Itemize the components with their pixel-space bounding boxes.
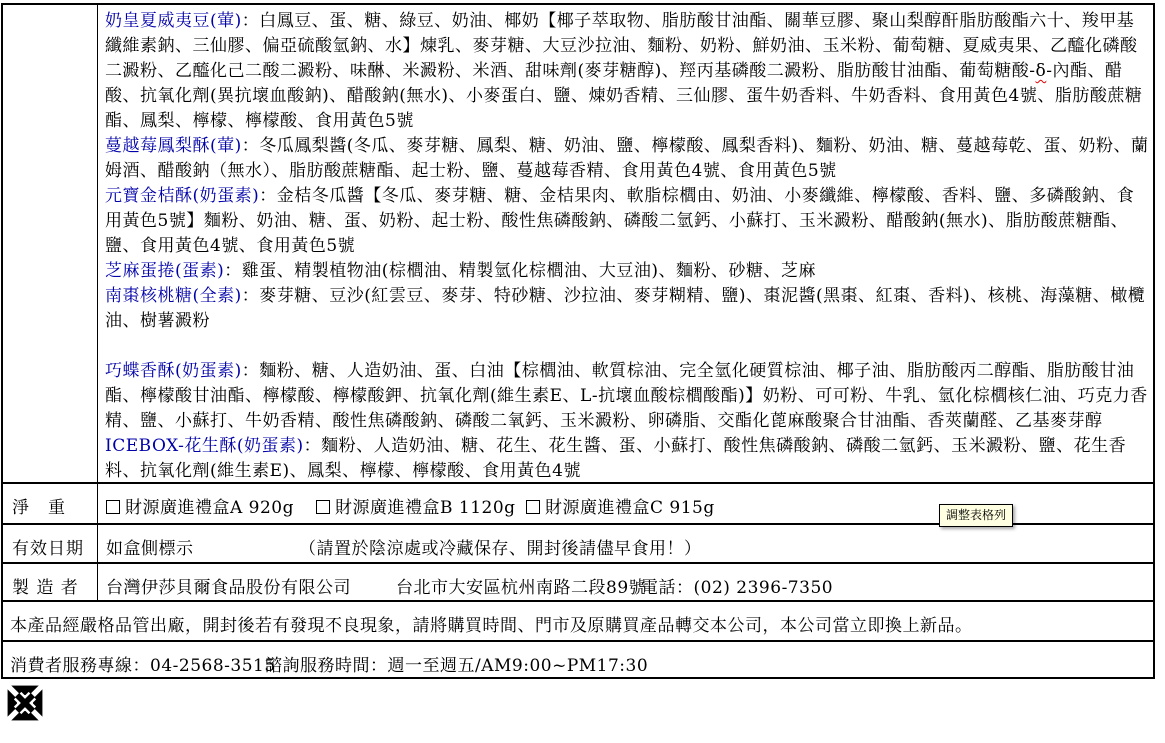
service-hotline: 消費者服務專線：04-2568-3515 xyxy=(10,651,265,676)
gift-box-label: 財源廣進禮盒B 1120g xyxy=(335,498,516,518)
service-hours: 諮詢服務時間：週一至週五/AM9:00~PM17:30 xyxy=(265,656,648,676)
net-weight-label: 淨 重 xyxy=(3,484,98,523)
expiry-value: 如盒側標示 xyxy=(106,534,299,559)
ingredient-paragraph: 奶皇夏威夷豆(葷)：白鳳豆、蛋、糖、綠豆、奶油、椰奶【椰子萃取物、脂肪酸甘油酯、… xyxy=(105,9,1150,134)
ingredient-text: ：麵粉、糖、人造奶油、蛋、白油【棕櫚油、軟質棕油、完全氫化硬質棕油、椰子油、脂肪… xyxy=(105,361,1148,431)
gift-box-option: 財源廣進禮盒C 915g xyxy=(526,493,715,518)
manufacturer-label: 製 造 者 xyxy=(3,564,98,600)
misspelled-term: δ xyxy=(1036,61,1047,81)
expiry-note: （請置於陰涼處或冷藏保存、開封後請儘早食用！） xyxy=(299,539,702,559)
gift-box-label: 財源廣進禮盒C 915g xyxy=(545,498,715,518)
ingredient-paragraph: 芝麻蛋捲(蛋素)：雞蛋、精製植物油(棕櫚油、精製氫化棕櫚油、大豆油)、麵粉、砂糖… xyxy=(105,259,1150,284)
manufacturer-address: 台北市大安區杭州南路二段89號 xyxy=(396,573,641,598)
service-row: 消費者服務專線：04-2568-3515諮詢服務時間：週一至週五/AM9:00~… xyxy=(3,640,1153,677)
ingredients-row: 奶皇夏威夷豆(葷)：白鳳豆、蛋、糖、綠豆、奶油、椰奶【椰子萃取物、脂肪酸甘油酯、… xyxy=(3,5,1153,482)
ingredient-text: ：麥芽糖、豆沙(紅雲豆、麥芽、特砂糖、沙拉油、麥芽糊精、鹽)、棗泥醬(黑棗、紅棗… xyxy=(105,286,1145,331)
ingredient-paragraph: 南棗核桃糖(全素)：麥芽糖、豆沙(紅雲豆、麥芽、特砂糖、沙拉油、麥芽糊精、鹽)、… xyxy=(105,284,1150,334)
expiry-row: 有效日期 如盒側標示（請置於陰涼處或冷藏保存、開封後請儘早食用！） xyxy=(3,523,1153,562)
gift-box-checkbox[interactable] xyxy=(106,500,120,514)
gift-box-option: 財源廣進禮盒B 1120g xyxy=(316,493,526,518)
gift-box-checkbox[interactable] xyxy=(316,500,330,514)
ingredients-content-cell: 奶皇夏威夷豆(葷)：白鳳豆、蛋、糖、綠豆、奶油、椰奶【椰子萃取物、脂肪酸甘油酯、… xyxy=(98,5,1153,482)
product-name: 芝麻蛋捲(蛋素) xyxy=(105,261,224,281)
manufacturer-phone: 電話：(02) 2396-7350 xyxy=(641,578,833,598)
ingredients-label-cell xyxy=(3,5,98,482)
quality-note-text: 本產品經嚴格品管出廠，開封後若有發現不良現象，請將購買時間、門市及原購買產品轉交… xyxy=(3,602,1153,640)
product-name: 南棗核桃糖(全素) xyxy=(105,286,242,306)
manufacturer-row: 製 造 者 台灣伊莎貝爾食品股份有限公司台北市大安區杭州南路二段89號電話：(0… xyxy=(3,562,1153,600)
ingredient-paragraph: 元寶金桔酥(奶蛋素)：金桔冬瓜醬【冬瓜、麥芽糖、糖、金桔果肉、軟脂棕櫚由、奶油、… xyxy=(105,184,1150,259)
product-name: 巧蝶香酥(奶蛋素) xyxy=(105,361,242,381)
quality-note-row: 本產品經嚴格品管出廠，開封後若有發現不良現象，請將購買時間、門市及原購買產品轉交… xyxy=(3,600,1153,640)
manufacturer-company: 台灣伊莎貝爾食品股份有限公司 xyxy=(106,573,396,598)
product-name: 元寶金桔酥(奶蛋素) xyxy=(105,186,259,206)
ingredient-text: ：白鳳豆、蛋、糖、綠豆、奶油、椰奶【椰子萃取物、脂肪酸甘油酯、關華豆膠、聚山梨醇… xyxy=(105,11,1138,81)
product-name: 奶皇夏威夷豆(葷) xyxy=(105,11,242,31)
adjust-table-row-tooltip: 調整表格列 xyxy=(939,504,1013,527)
ingredient-text: ：雞蛋、精製植物油(棕櫚油、精製氫化棕櫚油、大豆油)、麵粉、砂糖、芝麻 xyxy=(224,261,816,281)
ingredient-paragraph: 蔓越莓鳳梨酥(葷)：冬瓜鳳梨醬(冬瓜、麥芽糖、鳳梨、糖、奶油、鹽、檸檬酸、鳳梨香… xyxy=(105,134,1150,184)
ingredient-text: ：金桔冬瓜醬【冬瓜、麥芽糖、糖、金桔果肉、軟脂棕櫚由、奶油、小麥纖維、檸檬酸、香… xyxy=(105,186,1134,256)
manufacturer-content-cell: 台灣伊莎貝爾食品股份有限公司台北市大安區杭州南路二段89號電話：(02) 239… xyxy=(98,564,1153,600)
ingredient-paragraph: ICEBOX-花生酥(奶蛋素)：麵粉、人造奶油、糖、花生、花生醬、蛋、小蘇打、酸… xyxy=(105,434,1150,482)
gift-box-option: 財源廣進禮盒A 920g xyxy=(106,493,316,518)
expiry-content-cell: 如盒側標示（請置於陰涼處或冷藏保存、開封後請儘早食用！） xyxy=(98,525,1153,562)
product-name: 蔓越莓鳳梨酥(葷) xyxy=(105,136,242,156)
service-content-cell: 消費者服務專線：04-2568-3515諮詢服務時間：週一至週五/AM9:00~… xyxy=(3,642,1153,677)
expiry-label: 有效日期 xyxy=(3,525,98,562)
ingredient-paragraph: 巧蝶香酥(奶蛋素)：麵粉、糖、人造奶油、蛋、白油【棕櫚油、軟質棕油、完全氫化硬質… xyxy=(105,359,1150,434)
gift-box-checkbox[interactable] xyxy=(526,500,540,514)
product-name: ICEBOX-花生酥(奶蛋素) xyxy=(105,436,304,456)
recycle-icon xyxy=(6,684,44,722)
gift-box-label: 財源廣進禮盒A 920g xyxy=(125,498,294,518)
product-info-table: 奶皇夏威夷豆(葷)：白鳳豆、蛋、糖、綠豆、奶油、椰奶【椰子萃取物、脂肪酸甘油酯、… xyxy=(1,3,1155,679)
ingredient-text: ：冬瓜鳳梨醬(冬瓜、麥芽糖、鳳梨、糖、奶油、鹽、檸檬酸、鳳梨香料)、麵粉、奶油、… xyxy=(105,136,1149,181)
